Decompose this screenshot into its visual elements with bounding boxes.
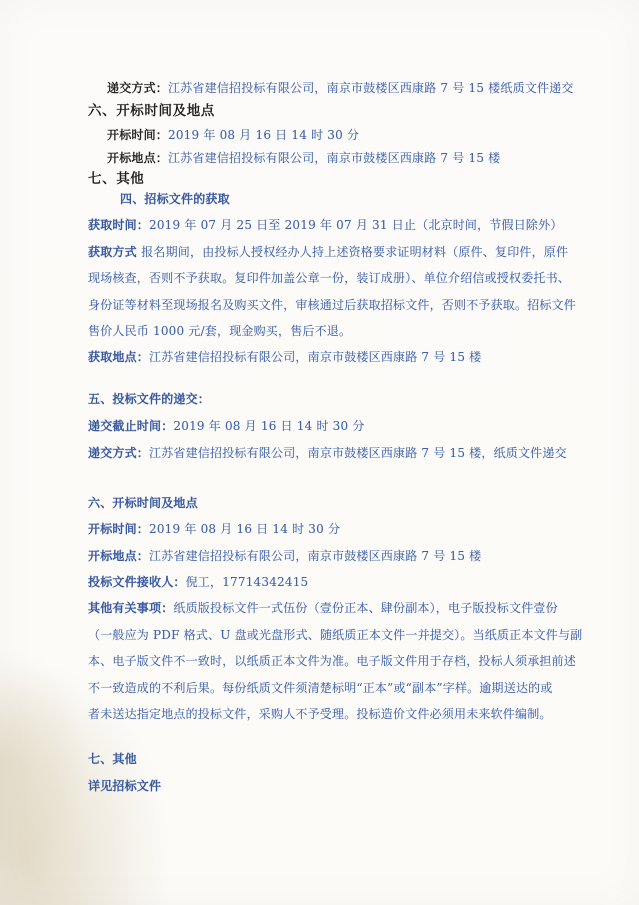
document-line: 获取时间：2019 年 07 月 25 日至 2019 年 07 月 31 日止…	[88, 218, 563, 233]
document-line: 七、其他	[88, 172, 144, 187]
document-line: 七、其他	[88, 752, 137, 767]
document-line: 本、电子版文件不一致时，以纸质正本文件为准。电子版文件用于存档，投标人须承担前述	[88, 654, 576, 669]
document-line: 递交方式：江苏省建信招投标有限公司，南京市鼓楼区西康路 7 号 15 楼，纸质文…	[88, 446, 567, 461]
text-segment: 递交方式：	[107, 81, 168, 95]
text-segment: 江苏省建信招投标有限公司，南京市鼓楼区西康路 7 号 15 楼纸质文件递交	[168, 81, 574, 95]
document-line: 获取地点：江苏省建信招投标有限公司，南京市鼓楼区西康路 7 号 15 楼	[88, 350, 481, 365]
text-segment: （一般应为 PDF 格式、U 盘或光盘形式、随纸质正本文件一并提交）。当纸质正本…	[88, 628, 582, 642]
document-line: 者未送达指定地点的投标文件，采购人不予受理。投标造价文件必须用未来软件编制。	[88, 707, 552, 722]
document-line: 现场核查，否则不予获取。复印件加盖公章一份，装订成册）、单位介绍信或授权委托书、	[88, 271, 570, 286]
text-segment: 江苏省建信招投标有限公司，南京市鼓楼区西康路 7 号 15 楼	[149, 549, 481, 563]
text-segment: 身份证等材料至现场报名及购买文件，审核通过后获取招标文件，否则不予获取。招标文件	[88, 298, 576, 312]
text-segment: 递交截止时间：	[88, 419, 173, 433]
text-segment: 六、开标时间及地点	[88, 103, 215, 119]
text-segment: 获取时间：	[88, 218, 149, 232]
document-line: 四、招标文件的获取	[120, 192, 230, 207]
text-segment: 者未送达指定地点的投标文件，采购人不予受理。投标造价文件必须用未来软件编制。	[88, 707, 552, 721]
text-segment: 详见招标文件	[88, 779, 161, 793]
text-segment: 纸质版投标文件一式伍份（壹份正本、肆份副本），电子版投标文件壹份	[173, 601, 557, 615]
document-line: 其他有关事项：纸质版投标文件一式伍份（壹份正本、肆份副本），电子版投标文件壹份	[88, 601, 558, 616]
text-segment: 本、电子版文件不一致时，以纸质正本文件为准。电子版文件用于存档，投标人须承担前述	[88, 654, 576, 668]
document-line: 详见招标文件	[88, 779, 161, 794]
text-segment: 江苏省建信招投标有限公司，南京市鼓楼区西康路 7 号 15 楼	[149, 350, 481, 364]
text-segment: 开标时间：	[107, 128, 168, 142]
text-segment: 开标时间：	[88, 522, 149, 536]
text-segment: 七、其他	[88, 752, 137, 766]
document-line: 开标地点：江苏省建信招投标有限公司，南京市鼓楼区西康路 7 号 15 楼	[107, 151, 500, 166]
document-line: 售价人民币 1000 元/套，现金购买，售后不退。	[88, 324, 351, 339]
text-segment: 其他有关事项：	[88, 601, 173, 615]
text-segment: 江苏省建信招投标有限公司，南京市鼓楼区西康路 7 号 15 楼	[168, 151, 500, 165]
text-segment: 倪工，17714342415	[186, 575, 309, 589]
text-segment: 2019 年 08 月 16 日 14 时 30 分	[168, 128, 359, 142]
text-segment: 投标文件接收人：	[88, 575, 186, 589]
document-line: 递交方式：江苏省建信招投标有限公司，南京市鼓楼区西康路 7 号 15 楼纸质文件…	[107, 81, 574, 96]
text-segment: 售价人民币 1000 元/套，现金购买，售后不退。	[88, 324, 351, 338]
text-segment: 报名期间，由投标人授权经办人持上述资格要求证明材料（原件、复印件，原件	[141, 245, 568, 259]
text-segment: 七、其他	[88, 171, 144, 187]
text-segment: 2019 年 07 月 25 日至 2019 年 07 月 31 日止（北京时间…	[149, 218, 563, 232]
text-segment: 开标地点：	[107, 151, 168, 165]
text-segment: 不一致造成的不利后果。每份纸质文件须清楚标明“正本”或“副本”字样。逾期送达的或	[88, 681, 553, 695]
document-line: 五、投标文件的递交：	[88, 392, 210, 407]
text-segment: 获取方式	[88, 245, 141, 259]
document-line: 递交截止时间：2019 年 08 月 16 日 14 时 30 分	[88, 419, 365, 434]
text-segment: 开标地点：	[88, 549, 149, 563]
text-segment: 六、开标时间及地点	[88, 496, 198, 510]
text-segment: 现场核查，否则不予获取。复印件加盖公章一份，装订成册）、单位介绍信或授权委托书、	[88, 271, 570, 285]
document-line: 不一致造成的不利后果。每份纸质文件须清楚标明“正本”或“副本”字样。逾期送达的或	[88, 681, 553, 696]
document-line: 六、开标时间及地点	[88, 496, 198, 511]
document-line: 开标时间：2019 年 08 月 16 日 14 时 30 分	[88, 522, 340, 537]
text-segment: 2019 年 08 月 16 日 14 时 30 分	[149, 522, 340, 536]
text-segment: 递交方式：	[88, 446, 149, 460]
text-segment: 四、招标文件的获取	[120, 192, 230, 206]
scanned-document-page: 递交方式：江苏省建信招投标有限公司，南京市鼓楼区西康路 7 号 15 楼纸质文件…	[0, 0, 639, 905]
text-segment: 获取地点：	[88, 350, 149, 364]
text-segment: 2019 年 08 月 16 日 14 时 30 分	[173, 419, 364, 433]
document-line: 身份证等材料至现场报名及购买文件，审核通过后获取招标文件，否则不予获取。招标文件	[88, 298, 576, 313]
document-line: （一般应为 PDF 格式、U 盘或光盘形式、随纸质正本文件一并提交）。当纸质正本…	[88, 628, 582, 643]
document-line: 开标时间：2019 年 08 月 16 日 14 时 30 分	[107, 128, 359, 143]
document-line: 开标地点：江苏省建信招投标有限公司，南京市鼓楼区西康路 7 号 15 楼	[88, 549, 481, 564]
document-line: 投标文件接收人：倪工，17714342415	[88, 575, 308, 590]
document-line: 获取方式 报名期间，由投标人授权经办人持上述资格要求证明材料（原件、复印件，原件	[88, 245, 568, 260]
document-line: 六、开标时间及地点	[88, 104, 215, 119]
text-segment: 五、投标文件的递交：	[88, 392, 210, 406]
text-segment: 江苏省建信招投标有限公司，南京市鼓楼区西康路 7 号 15 楼，纸质文件递交	[149, 446, 567, 460]
